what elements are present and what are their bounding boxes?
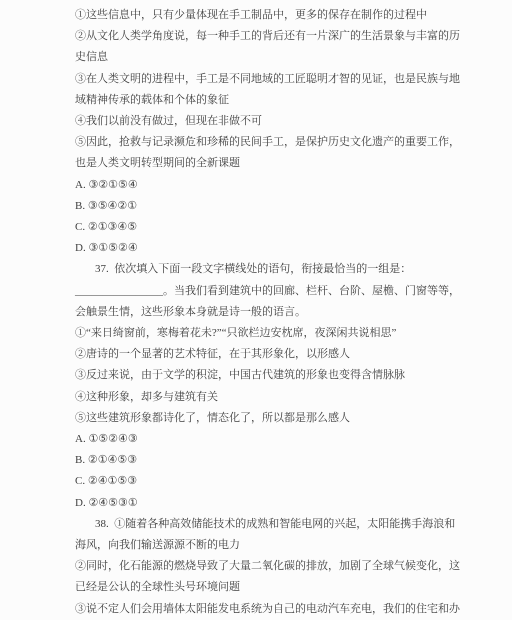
question-36-block: ①这些信息中，只有少量体现在手工制品中，更多的保存在制作的过程中 ②从文化人类学… <box>75 5 462 259</box>
q37-option-b: B. ②①④⑤③ <box>75 450 462 471</box>
question-37-block: 37. 依次填入下面一段文字横线处的语句，衔接最恰当的一组是： ________… <box>75 259 462 513</box>
q37-statement-2: ②唐诗的一个显著的艺术特征，在于其形象化，以形感人 <box>75 344 462 365</box>
q38-statement-2: ②同时，化石能源的燃烧导致了大量二氧化碳的排放，加剧了全球气候变化，这已经是公认… <box>75 556 462 598</box>
q36-option-d: D. ③①⑤②④ <box>75 238 462 259</box>
q36-statement-3: ③在人类文明的进程中，手工是不同地域的工匠聪明才智的见证，也是民族与地域精神传承… <box>75 69 462 111</box>
q37-statement-1: ①“来日绮窗前，寒梅着花未?”“只欲栏边安枕席，夜深闲共说相思” <box>75 323 462 344</box>
q37-statement-3: ③反过来说，由于文学的积淀，中国古代建筑的形象也变得含情脉脉 <box>75 365 462 386</box>
q36-option-c: C. ②①③④⑤ <box>75 217 462 238</box>
q37-stem: 37. 依次填入下面一段文字横线处的语句，衔接最恰当的一组是： <box>75 259 462 280</box>
q37-option-d: D. ②④⑤③① <box>75 493 462 514</box>
exam-paper-page: ①这些信息中，只有少量体现在手工制品中，更多的保存在制作的过程中 ②从文化人类学… <box>0 0 512 620</box>
q38-statement-3: ③说不定人们会用墙体太阳能发电系统为自己的电动汽车充电，我们的住宅和办 <box>75 599 462 620</box>
q37-passage-with-blank: ________________。当我们看到建筑中的回廊、栏杆、台阶、屋檐、门窗… <box>75 281 462 323</box>
q36-statement-5: ⑤因此，抢救与记录濒危和珍稀的民间手工，是保护历史文化遗产的重要工作，也是人类文… <box>75 132 462 174</box>
q37-option-a: A. ①⑤②④③ <box>75 429 462 450</box>
q37-statement-5: ⑤这些建筑形象都诗化了，情态化了，所以都是那么感人 <box>75 408 462 429</box>
question-38-block: 38. ①随着各种高效储能技术的成熟和智能电网的兴起，太阳能携手海浪和海风，向我… <box>75 514 462 620</box>
q36-option-b: B. ③⑤④②① <box>75 196 462 217</box>
q37-statement-4: ④这种形象，却多与建筑有关 <box>75 387 462 408</box>
q37-option-c: C. ②④①⑤③ <box>75 471 462 492</box>
q38-statement-1: 38. ①随着各种高效储能技术的成熟和智能电网的兴起，太阳能携手海浪和海风，向我… <box>75 514 462 556</box>
q36-statement-2: ②从文化人类学角度说，每一种手工的背后还有一片深广的生活景象与丰富的历史信息 <box>75 26 462 68</box>
q36-statement-4: ④我们以前没有做过，但现在非做不可 <box>75 111 462 132</box>
q36-option-a: A. ③②①⑤④ <box>75 175 462 196</box>
q36-statement-1: ①这些信息中，只有少量体现在手工制品中，更多的保存在制作的过程中 <box>75 5 462 26</box>
